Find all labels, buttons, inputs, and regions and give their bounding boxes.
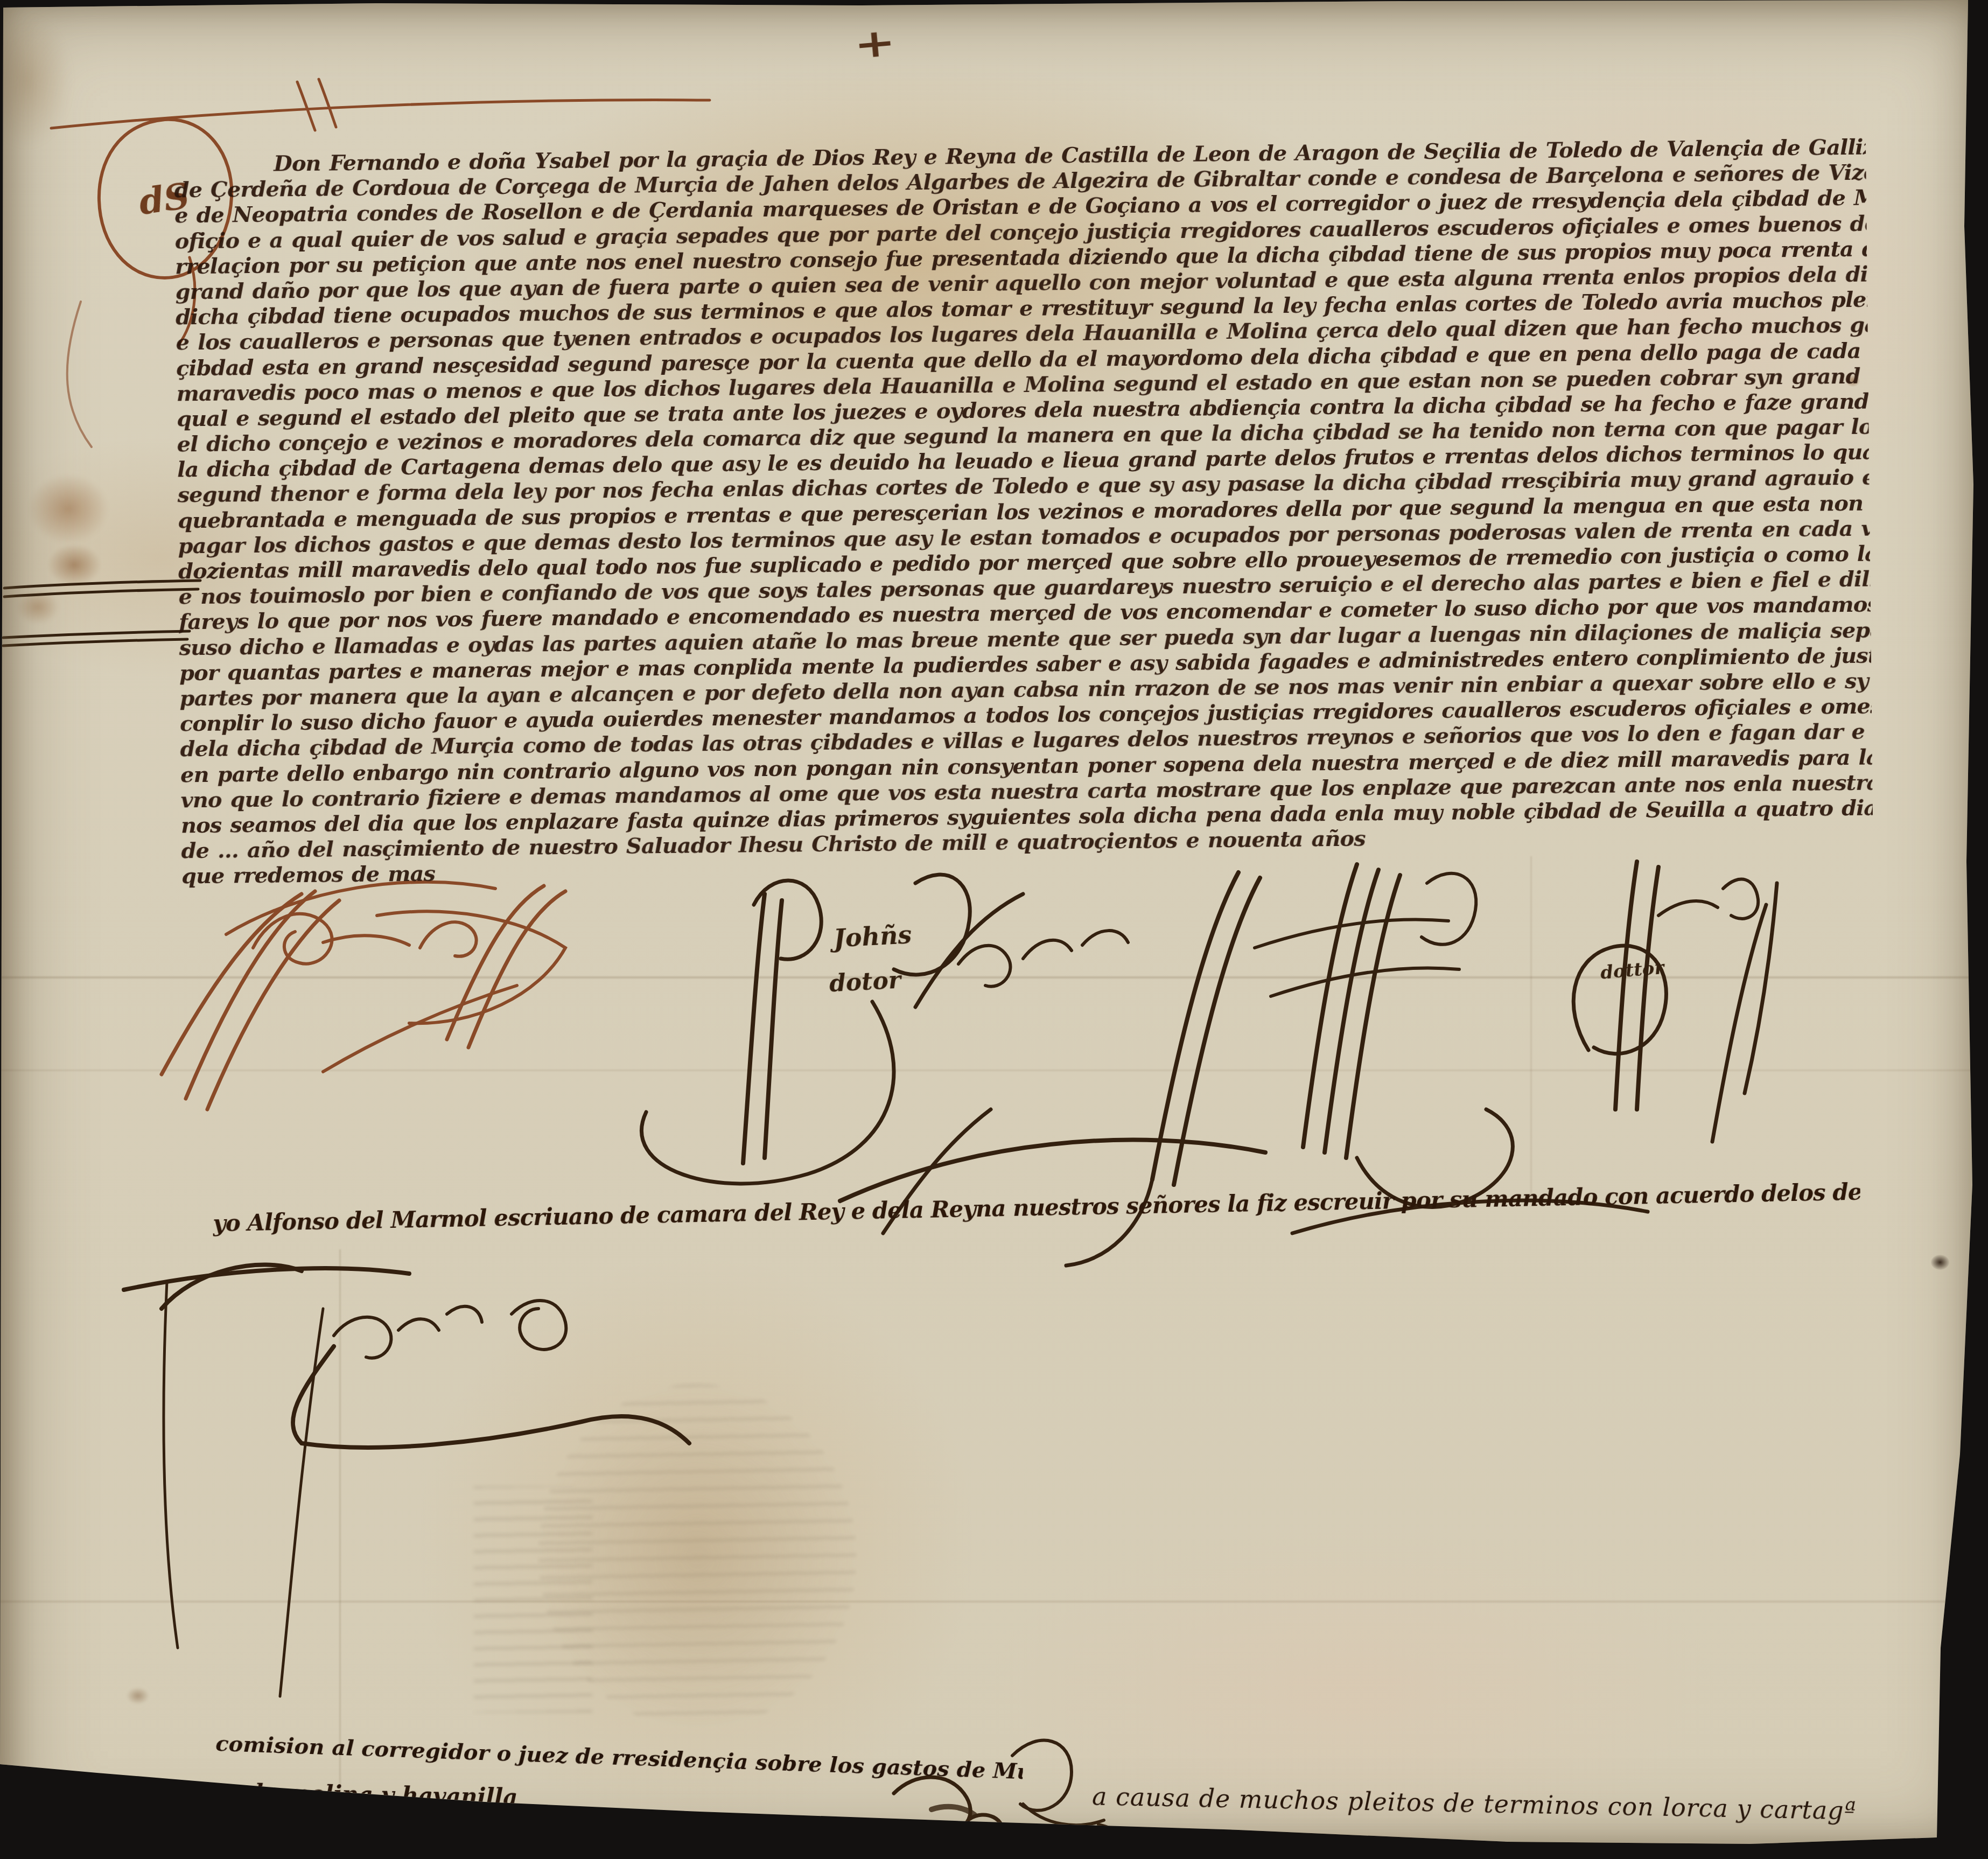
- signature-4-rubric: [1255, 864, 1648, 1233]
- manuscript-body: Don Fernando e doña Ysabel por la graçia…: [174, 135, 1873, 889]
- signature-5-rubric: [1573, 862, 1777, 1142]
- invocation-cross-icon: +: [852, 19, 897, 68]
- signature-1-rubric: [162, 882, 565, 1109]
- dark-speck: [127, 1688, 149, 1704]
- header-rule-line: [51, 79, 710, 130]
- fold-crease: [0, 1601, 1988, 1603]
- corner-stain: [0, 16, 70, 145]
- ink-stain: [47, 544, 101, 586]
- parchment-document: + dS Don Fernando e doña Ysabel por la g…: [0, 0, 1988, 1859]
- fold-crease: [0, 976, 1988, 979]
- bottom-left-note-rubric: [894, 1777, 1098, 1846]
- fold-crease: [339, 1249, 341, 1799]
- dark-speck: [1931, 1255, 1949, 1270]
- signature-2-rubric: [642, 875, 970, 1184]
- signature-2-word-2: dotor: [829, 967, 901, 998]
- manuscript-line: que rredemos de mas: [181, 860, 505, 889]
- bottom-left-note-line-1: comision al corregidor o juez de rreside…: [215, 1731, 1024, 1784]
- signature-5-word: dottor: [1599, 957, 1664, 984]
- scribe-rubric-flourish: [124, 1264, 689, 1696]
- bottom-left-note-line-2: mula molina y havanilla: [214, 1779, 518, 1811]
- margin-marks: [3, 581, 200, 646]
- seal-showthrough: [533, 1379, 862, 1734]
- scribe-subscription-line: yo Alfonso del Marmol escriuano de camar…: [213, 1179, 1860, 1237]
- verso-text-showthrough: [474, 1486, 592, 1713]
- fold-crease: [0, 1070, 1988, 1071]
- scan-background: + dS Don Fernando e doña Ysabel por la g…: [0, 0, 1988, 1859]
- signature-2-word-1: Johñs: [833, 920, 913, 953]
- bottom-right-archival-note: a causa de muchos pleitos de terminos co…: [1092, 1781, 1857, 1825]
- ink-stain: [16, 590, 59, 624]
- fold-crease: [1530, 856, 1532, 1201]
- ink-stain: [28, 474, 109, 544]
